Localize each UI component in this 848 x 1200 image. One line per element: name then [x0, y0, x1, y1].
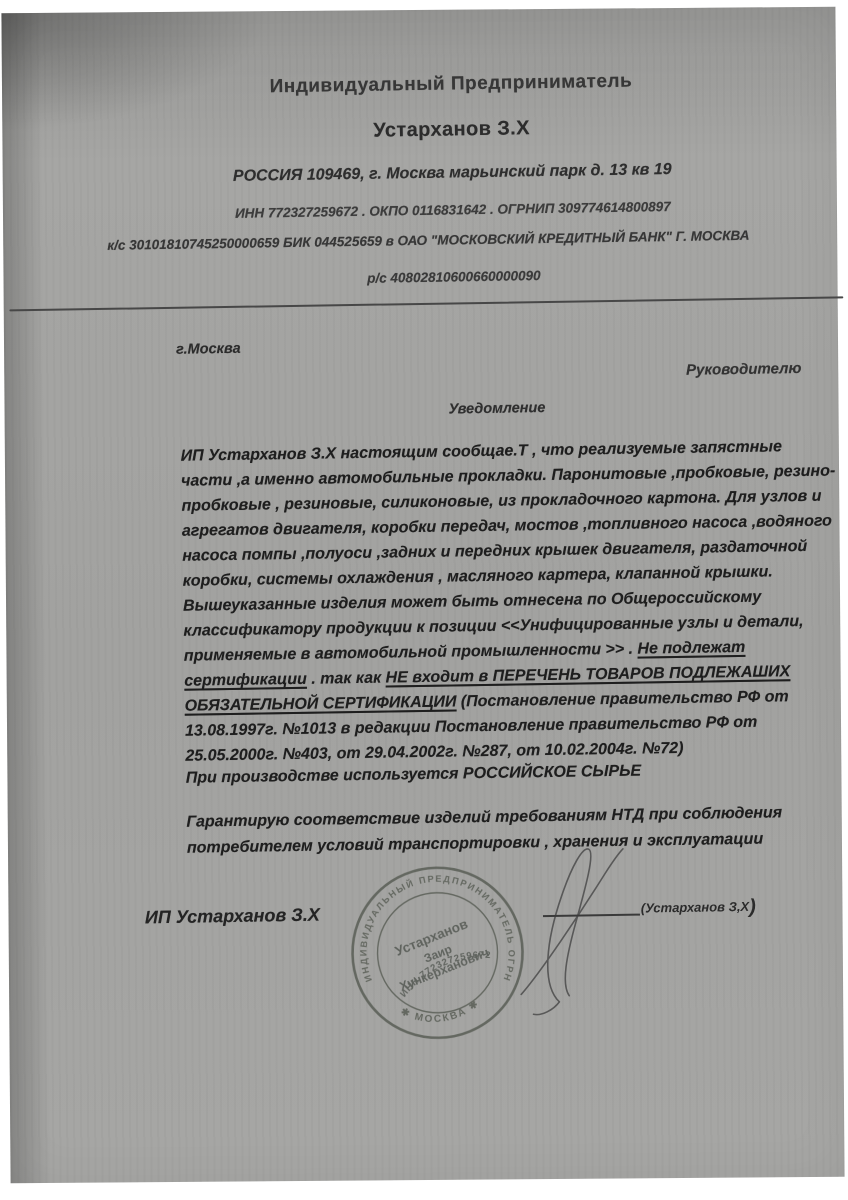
- letter-content: Индивидуальный Предприниматель Устархано…: [0, 0, 848, 1200]
- city-label: г.Москва: [176, 341, 241, 358]
- letterhead-org-type: Индивидуальный Предприниматель: [62, 67, 840, 101]
- body-line-text: (Постановление правительство РФ от: [456, 688, 788, 710]
- letterhead-ids: ИНН 772327259672 . ОКПО 0116831642 . ОГР…: [64, 196, 842, 223]
- underlined-text: ОБЯЗАТЕЛЬНОЙ СЕРТИФИКАЦИИ: [185, 693, 457, 714]
- body-line-text: . так как: [307, 670, 386, 688]
- letterhead-name: Устарханов З.Х: [62, 112, 840, 147]
- signature-caption-text: (Устарханов З,Х: [641, 899, 750, 916]
- body-paragraph: ИП Устарханов З.Х настоящим сообщае.Т , …: [181, 434, 811, 769]
- addressee-label: Руководителю: [686, 360, 802, 379]
- signer-name: ИП Устарханов З.Х: [145, 905, 320, 929]
- divider-rule: [9, 296, 843, 311]
- signature-caption-paren: ): [749, 896, 756, 918]
- signature-caption: (Устарханов З,Х): [641, 896, 756, 921]
- letterhead-bank: к/с 30101810745250000659 БИК 044525659 в…: [14, 226, 842, 254]
- underlined-text: сертификации: [184, 671, 307, 690]
- body-line-text: применяемые в автомобильной промышленнос…: [184, 641, 638, 665]
- doc-title: Уведомление: [149, 395, 845, 422]
- letterhead-account: р/с 40802810600660000090: [65, 263, 843, 290]
- signature-stroke: [509, 842, 652, 1019]
- underlined-text: Не подлежат: [637, 639, 745, 658]
- underlined-text: НЕ входит в ПЕРЕЧЕНЬ ТОВАРОВ ПОДЛЕЖАШИХ: [385, 663, 790, 686]
- guarantee-paragraph: Гарантирую соответствие изделий требован…: [186, 800, 782, 861]
- round-stamp: ИНДИВИДУАЛЬНЫЙ ПРЕДПРИНИМАТЕЛЬ ОГРН 3097…: [346, 861, 529, 1044]
- scanned-page: Индивидуальный Предприниматель Устархано…: [0, 0, 848, 1200]
- letterhead-address: РОССИЯ 109469, г. Москва марьинский парк…: [63, 158, 841, 188]
